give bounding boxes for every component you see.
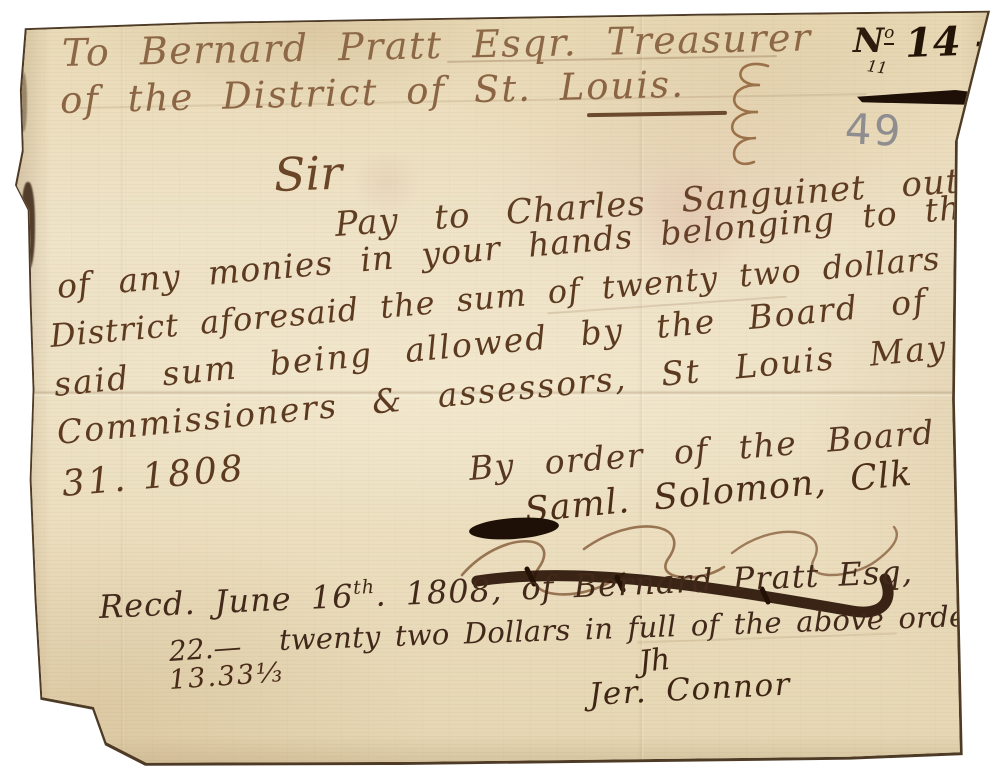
paper-surface: To Bernard Pratt Esqr. Treasurer of the … xyxy=(17,12,990,765)
number-underline-mark xyxy=(857,90,983,105)
pencil-number: 49 xyxy=(844,108,904,153)
receiver-signature: Jer. Connor xyxy=(588,669,792,711)
date-line: 31. 1808 xyxy=(60,451,247,503)
doc-number: No 11 14 — xyxy=(853,24,894,58)
paper-sheet: To Bernard Pratt Esqr. Treasurer of the … xyxy=(15,10,993,768)
edge-stain xyxy=(31,700,59,722)
address-line-2: of the District of St. Louis. xyxy=(60,66,686,119)
edge-stain xyxy=(19,72,27,132)
salutation: Sir xyxy=(273,150,343,198)
doc-number-sub: 11 xyxy=(866,58,888,77)
doc-number-prefix: N xyxy=(853,21,884,61)
stain xyxy=(632,162,752,282)
receipt-line-1-sup: th xyxy=(353,576,376,599)
doc-number-sup: o xyxy=(884,23,894,45)
edge-stain xyxy=(24,540,33,730)
address-line-1: To Bernard Pratt Esqr. Treasurer xyxy=(62,18,812,72)
computation-note: 13.33⅓ xyxy=(168,659,285,694)
scanned-document: To Bernard Pratt Esqr. Treasurer of the … xyxy=(0,0,1000,775)
edge-stain xyxy=(21,182,35,270)
coil-flourish-icon xyxy=(722,58,776,186)
flourish-dash xyxy=(587,111,727,117)
stain xyxy=(347,152,427,212)
receipt-line-1-start: Recd. June 16 xyxy=(98,577,354,626)
